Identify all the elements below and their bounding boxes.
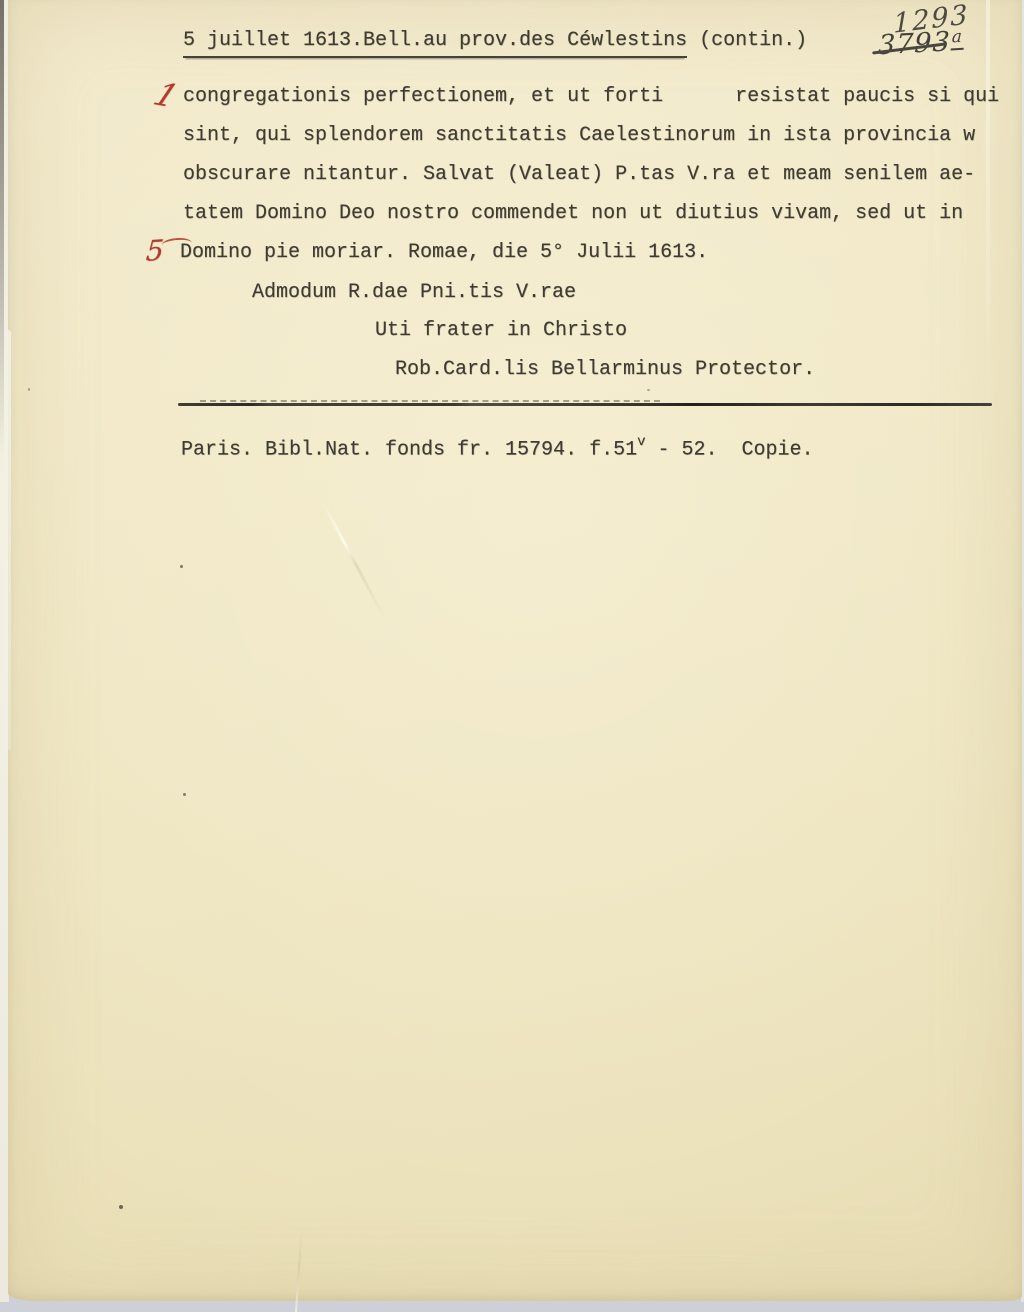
paper-speck (28, 388, 30, 391)
handwritten-folio-number-bottom: 3793a (877, 25, 964, 62)
archival-citation: Paris. Bibl.Nat. fonds fr. 15794. f.51v … (181, 432, 814, 463)
signature-line: Rob.Card.lis Bellarminus Protector. (395, 358, 815, 382)
document-header: 5 juillet 1613.Bell.au prov.des Céwlesti… (183, 29, 807, 53)
paper-crease (986, 0, 990, 420)
paper-sheet (8, 0, 1022, 1301)
body-text-line: congregationis perfectionem, et ut forti… (183, 85, 999, 109)
signature-line: Uti frater in Christo (375, 319, 627, 343)
body-text-line: obscurare nitantur. Salvat (Valeat) P.ta… (183, 163, 975, 187)
scan-shadow-left (0, 0, 4, 460)
paper-deckle-detail (5, 330, 11, 750)
header-title-rest: (contin.) (687, 29, 807, 52)
citation-prefix: Paris. Bibl.Nat. fonds fr. 15794. f.51 (181, 439, 637, 462)
citation-superscript: v (637, 434, 645, 450)
body-text-line: Domino pie moriar. Romae, die 5° Julii 1… (180, 241, 708, 265)
separator-rule-echo (200, 400, 660, 402)
citation-suffix: - 52. Copie. (645, 439, 813, 462)
signature-line: Admodum R.dae Pni.tis V.rae (252, 281, 576, 305)
body-text-line: sint, qui splendorem sanctitatis Caelest… (183, 124, 975, 148)
separator-rule (178, 403, 992, 406)
paper-speck (183, 793, 186, 796)
header-title-underlined: 5 juillet 1613.Bell.au prov.des Céwlesti… (183, 29, 687, 58)
body-text-line: tatem Domino Deo nostro commendet non ut… (183, 202, 963, 226)
paper-speck (180, 565, 183, 568)
paper-speck (647, 389, 650, 391)
paper-speck (119, 1205, 123, 1209)
folio-number-superscript: a (950, 27, 964, 51)
scanned-document-page: 5 juillet 1613.Bell.au prov.des Céwlesti… (0, 0, 1024, 1312)
